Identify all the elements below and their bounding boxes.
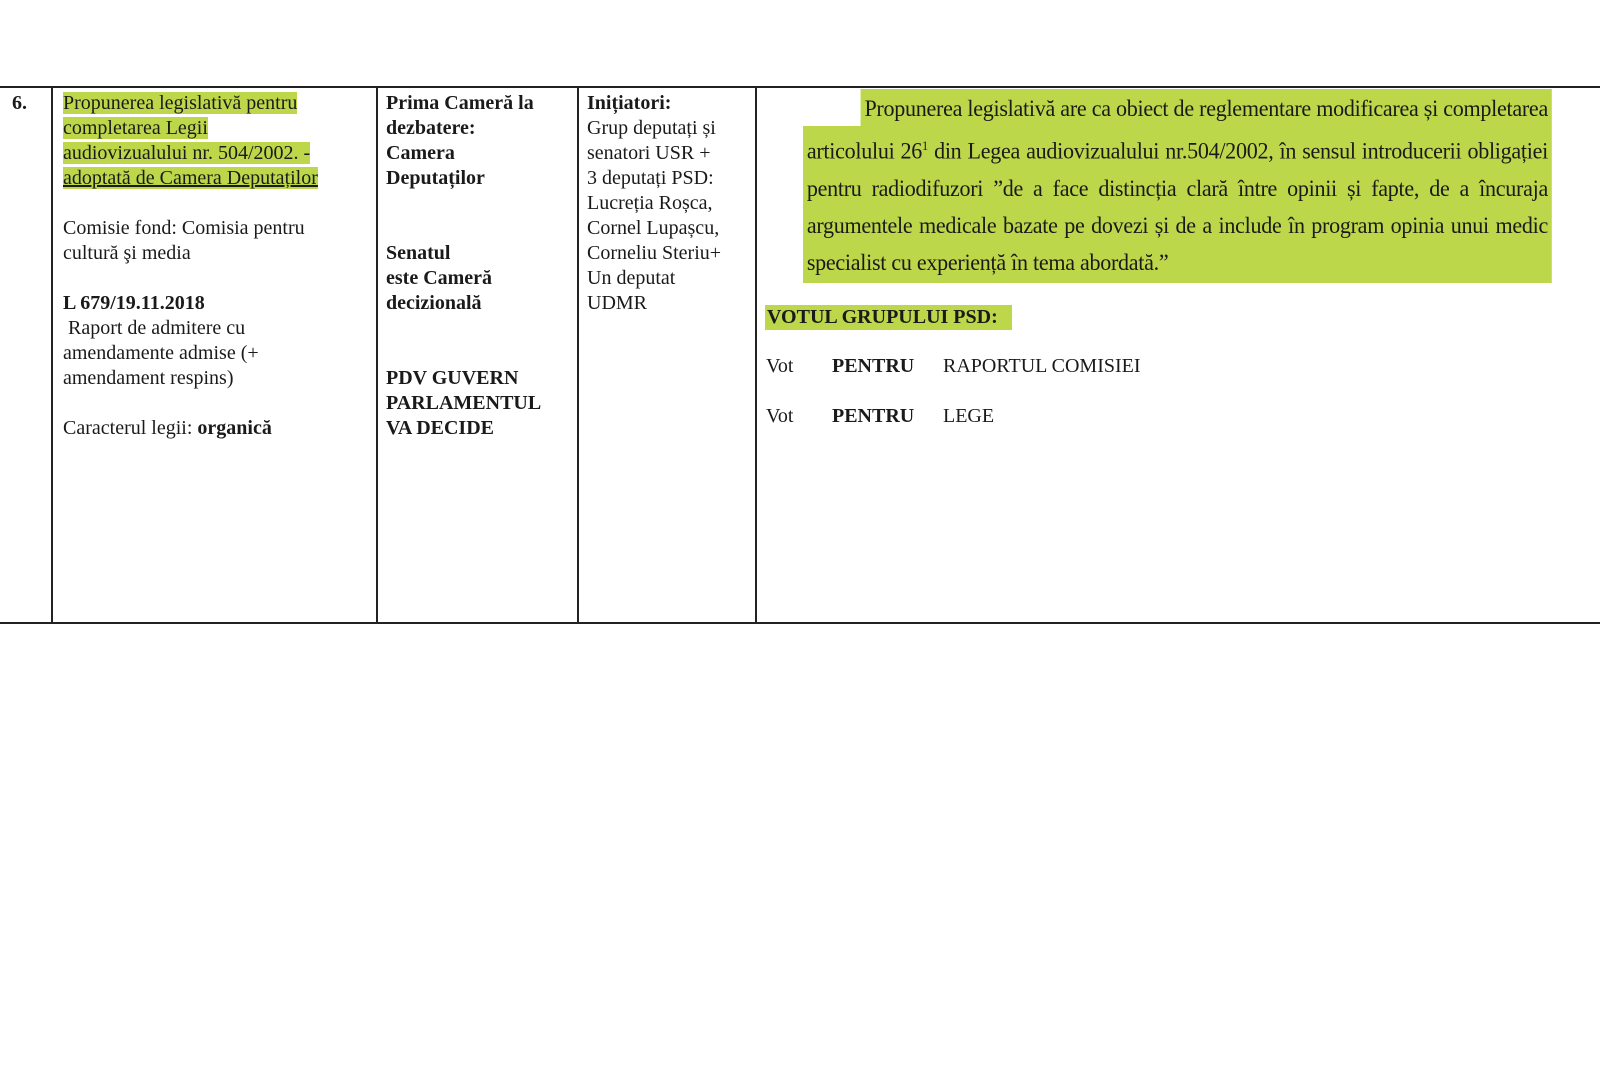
initiators-cell: Inițiatori: Grup deputați și senatori US… [587, 91, 747, 316]
description-text: Propunerea legislativă are ca obiect de … [803, 89, 1552, 283]
table-bottom-border [0, 622, 1600, 624]
column-divider [577, 87, 579, 623]
registration-number: L 679/19.11.2018 [63, 291, 363, 316]
column-divider [376, 87, 378, 623]
proposal-title: Propunerea legislativă pentru completare… [63, 91, 363, 191]
description-cell: Propunerea legislativă are ca obiect de … [803, 89, 1583, 283]
initiators-label: Inițiatori: [587, 91, 747, 116]
column-divider [755, 87, 757, 623]
chambers-cell: Prima Cameră la dezbatere: Camera Deputa… [386, 91, 576, 441]
report-status: Raport de admitere cu amendamente admise… [63, 316, 363, 391]
proposal-cell: Propunerea legislativă pentru completare… [63, 91, 363, 441]
government-opinion: PDV GUVERN PARLAMENTUL VA DECIDE [386, 366, 576, 441]
vote-heading: VOTUL GRUPULUI PSD: [765, 305, 1012, 330]
row-number: 6. [12, 91, 27, 116]
vote-section: VOTUL GRUPULUI PSD: [765, 305, 1012, 330]
first-chamber: Prima Cameră la dezbatere: Camera Deputa… [386, 91, 576, 191]
decisional-chamber: Senatul este Cameră decizională [386, 241, 576, 316]
column-divider [51, 87, 53, 623]
law-character: Caracterul legii: organică [63, 416, 363, 441]
table-top-border [0, 86, 1600, 88]
committee: Comisie fond: Comisia pentru cultură şi … [63, 216, 363, 266]
